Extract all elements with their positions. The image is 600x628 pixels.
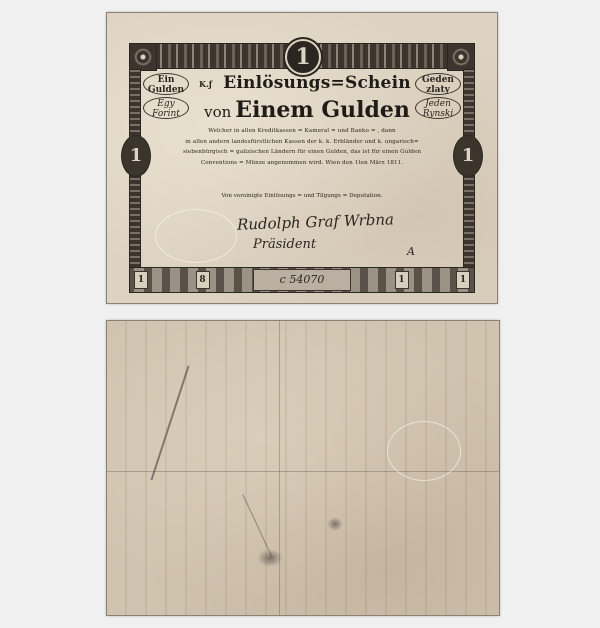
strip-numeral: 1 xyxy=(456,271,470,289)
signature-title: Präsident xyxy=(253,237,316,252)
watermark-oval xyxy=(387,421,461,481)
note-title: Einlösungs=Schein xyxy=(207,73,427,93)
subtitle-lead: von xyxy=(204,103,231,121)
left-denomination-emblem: 1 xyxy=(121,135,151,177)
body-line: in allen andern landesfürstlichen Kassen… xyxy=(151,137,453,148)
stain xyxy=(257,549,283,567)
body-line: Conventions = Münze angenommen wird. Wie… xyxy=(151,158,453,169)
strip-numeral: 8 xyxy=(196,271,210,289)
body-line: Welcher in allen Kreditkassen = Kameral … xyxy=(151,126,453,137)
watermark-oval xyxy=(155,209,237,263)
tear-mark xyxy=(151,366,190,481)
right-denomination-emblem: 1 xyxy=(453,135,483,177)
subtitle-value: Einem Gulden xyxy=(235,97,410,123)
banknote-back xyxy=(106,320,500,616)
strip-numeral: 1 xyxy=(134,271,148,289)
serial-number: c 54070 xyxy=(253,269,351,291)
deputation-line: Von vereinigte Einlösungs = und Tilgungs… xyxy=(107,193,497,199)
crease-vertical xyxy=(279,321,280,615)
note-body-text: Welcher in allen Kreditkassen = Kameral … xyxy=(151,126,453,168)
stain xyxy=(327,517,343,531)
rosette-ornament xyxy=(129,43,157,71)
signature-initial: A xyxy=(407,245,415,258)
note-subtitle: vonEinem Gulden xyxy=(187,97,427,123)
oval-german-denomination: Ein Gulden xyxy=(143,73,189,95)
oval-hungarian-denomination: Egy Forint xyxy=(143,97,189,119)
strip-numeral: 1 xyxy=(395,271,409,289)
body-line: siebenbürgisch = galizischen Ländern für… xyxy=(151,147,453,158)
rosette-ornament xyxy=(447,43,475,71)
ornamental-bottom-strip: 1 8 c 54070 1 1 xyxy=(129,267,475,293)
denomination-medallion: 1 xyxy=(285,39,321,75)
signature: Rudolph Graf Wrbna xyxy=(237,210,394,233)
banknote-front: 1 1 1 Ein Gulden Egy Forint Geden zlaty … xyxy=(106,12,498,304)
